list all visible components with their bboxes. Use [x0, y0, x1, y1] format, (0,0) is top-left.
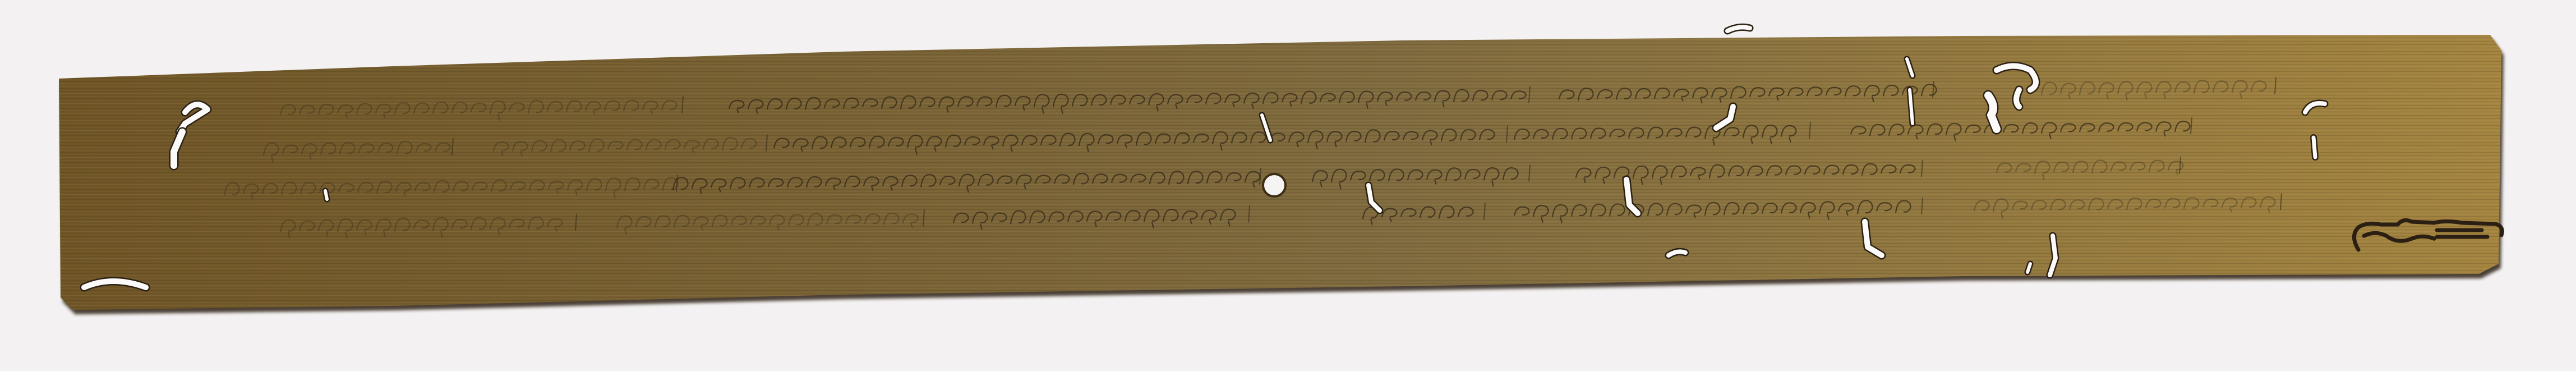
- manuscript-photo: [0, 0, 2576, 371]
- leaf-grain-texture: [59, 35, 2501, 310]
- palm-leaf-manuscript: [0, 0, 2576, 371]
- binding-hole-icon: [1263, 174, 1285, 196]
- worm-hole: [2314, 138, 2315, 157]
- worm-hole: [325, 191, 327, 199]
- worm-hole: [2016, 90, 2019, 107]
